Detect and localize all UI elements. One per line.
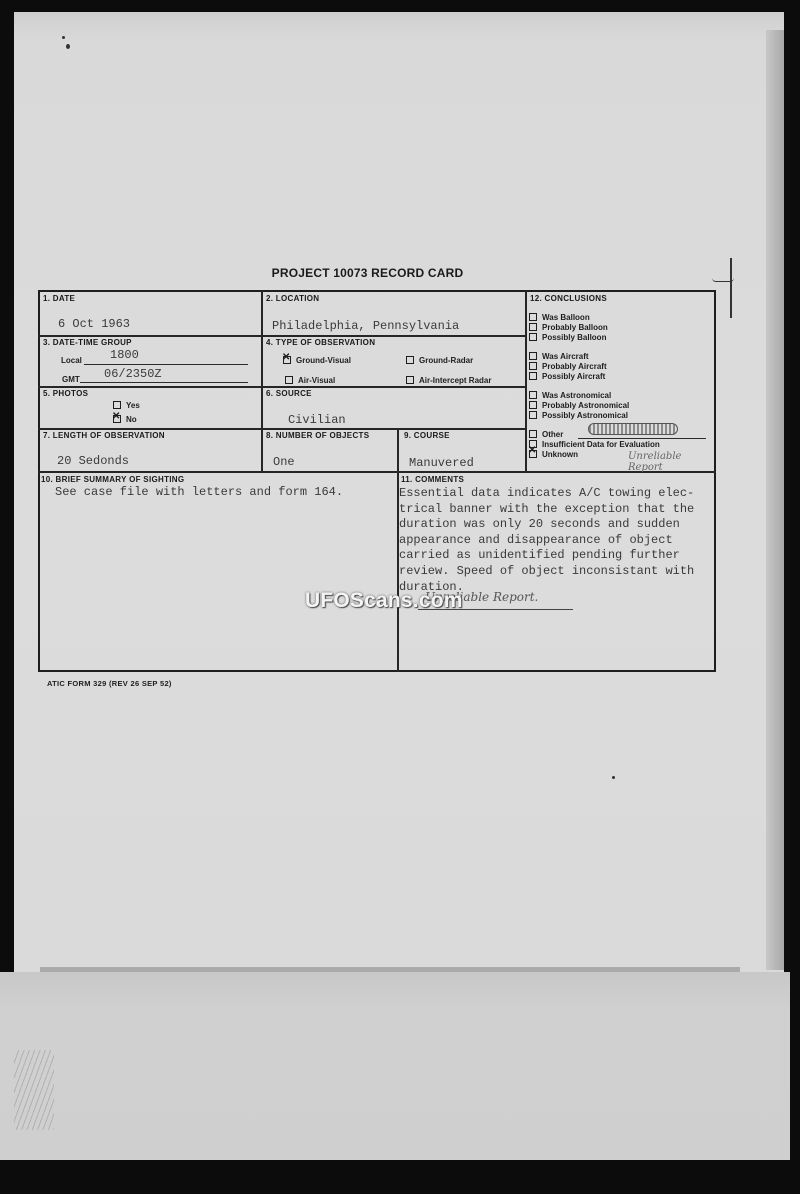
location-value: Philadelphia, Pennsylvania — [272, 319, 459, 333]
comments-line: trical banner with the exception that th… — [399, 502, 714, 518]
option-air-intercept-radar[interactable]: Air-Intercept Radar — [406, 376, 491, 385]
date-time-group-label: 3. DATE-TIME GROUP — [43, 338, 132, 347]
source-label: 6. SOURCE — [266, 389, 312, 398]
local-label: Local — [61, 356, 82, 365]
watermark: UFOScans.com — [305, 589, 463, 613]
local-value: 1800 — [110, 348, 139, 362]
divider — [38, 386, 526, 388]
checkbox-icon — [529, 352, 537, 360]
checkbox-icon — [529, 313, 537, 321]
date-value: 6 Oct 1963 — [58, 317, 130, 331]
conclusion-possibly-astronomical[interactable]: Possibly Astronomical — [529, 411, 628, 421]
conclusions-label: 12. CONCLUSIONS — [530, 294, 607, 303]
conclusion-possibly-aircraft[interactable]: Possibly Aircraft — [529, 372, 605, 382]
length-of-observation-value: 20 Sedonds — [57, 454, 129, 468]
length-of-observation-label: 7. LENGTH OF OBSERVATION — [43, 431, 165, 440]
brief-summary-value: See case file with letters and form 164. — [55, 485, 343, 499]
photos-option-yes[interactable]: Yes — [113, 401, 140, 410]
conclusion-other[interactable]: Other — [529, 430, 563, 440]
speck — [612, 776, 615, 779]
checkbox-checked-icon — [283, 356, 291, 364]
conclusion-was-balloon[interactable]: Was Balloon — [529, 313, 590, 323]
source-value: Civilian — [288, 413, 346, 427]
checkbox-icon — [285, 376, 293, 384]
comments-line: appearance and disappearance of object — [399, 533, 714, 549]
crossed-out-stamp — [588, 423, 678, 435]
conclusion-was-astronomical[interactable]: Was Astronomical — [529, 391, 611, 401]
gmt-underline — [80, 382, 248, 383]
speck — [62, 36, 65, 39]
comments-text: Essential data indicates A/C towing elec… — [399, 486, 714, 595]
divider — [261, 290, 263, 471]
comments-line: carried as unidentified pending further — [399, 548, 714, 564]
course-value: Manuvered — [409, 456, 474, 470]
photos-label: 5. PHOTOS — [43, 389, 88, 398]
checkbox-icon — [529, 323, 537, 331]
gmt-label: GMT — [62, 375, 80, 384]
form-number: ATIC FORM 329 (REV 26 SEP 52) — [47, 679, 172, 688]
course-label: 9. COURSE — [404, 431, 450, 440]
checkbox-icon — [529, 333, 537, 341]
speck — [66, 44, 70, 49]
back-sheet — [0, 972, 790, 1160]
page-edge — [766, 30, 784, 970]
checkbox-icon — [529, 362, 537, 370]
type-of-observation-label: 4. TYPE OF OBSERVATION — [266, 338, 375, 347]
photos-option-no[interactable]: No — [113, 415, 137, 424]
card-title: PROJECT 10073 RECORD CARD — [0, 266, 735, 280]
scratch-marks — [14, 1050, 54, 1130]
local-underline — [84, 364, 248, 365]
conclusion-insufficient-data[interactable]: Insufficient Data for Evaluation — [529, 440, 660, 450]
checkbox-icon — [529, 411, 537, 419]
gmt-value: 06/2350Z — [104, 367, 162, 381]
checkbox-icon — [406, 376, 414, 384]
number-of-objects-value: One — [273, 455, 295, 469]
divider — [38, 471, 716, 473]
brief-summary-label: 10. BRIEF SUMMARY OF SIGHTING — [41, 475, 184, 484]
conclusion-probably-balloon[interactable]: Probably Balloon — [529, 323, 608, 333]
comments-label: 11. COMMENTS — [401, 475, 464, 484]
option-ground-visual[interactable]: Ground-Visual — [283, 356, 351, 365]
conclusions-handwritten-note: Unreliable Report — [628, 451, 708, 473]
conclusion-probably-astronomical[interactable]: Probably Astronomical — [529, 401, 629, 411]
date-label: 1. DATE — [43, 294, 75, 303]
option-air-visual[interactable]: Air-Visual — [285, 376, 335, 385]
divider — [38, 335, 526, 337]
conclusion-was-aircraft[interactable]: Was Aircraft — [529, 352, 589, 362]
conclusion-probably-aircraft[interactable]: Probably Aircraft — [529, 362, 607, 372]
checkbox-icon — [529, 372, 537, 380]
divider — [525, 290, 527, 471]
comments-line: review. Speed of object inconsistant wit… — [399, 564, 714, 580]
checkbox-checked-icon — [529, 450, 537, 458]
conclusion-possibly-balloon[interactable]: Possibly Balloon — [529, 333, 606, 343]
location-label: 2. LOCATION — [266, 294, 319, 303]
other-underline — [578, 438, 706, 439]
checkbox-icon — [529, 391, 537, 399]
checkbox-icon — [529, 401, 537, 409]
divider — [38, 428, 526, 430]
number-of-objects-label: 8. NUMBER OF OBJECTS — [266, 431, 369, 440]
option-ground-radar[interactable]: Ground-Radar — [406, 356, 473, 365]
conclusion-unknown[interactable]: Unknown — [529, 450, 578, 460]
checkbox-icon — [406, 356, 414, 364]
comments-line: duration was only 20 seconds and sudden — [399, 517, 714, 533]
checkbox-checked-icon — [113, 415, 121, 423]
checkbox-icon — [113, 401, 121, 409]
comments-line: Essential data indicates A/C towing elec… — [399, 486, 714, 502]
checkbox-icon — [529, 430, 537, 438]
